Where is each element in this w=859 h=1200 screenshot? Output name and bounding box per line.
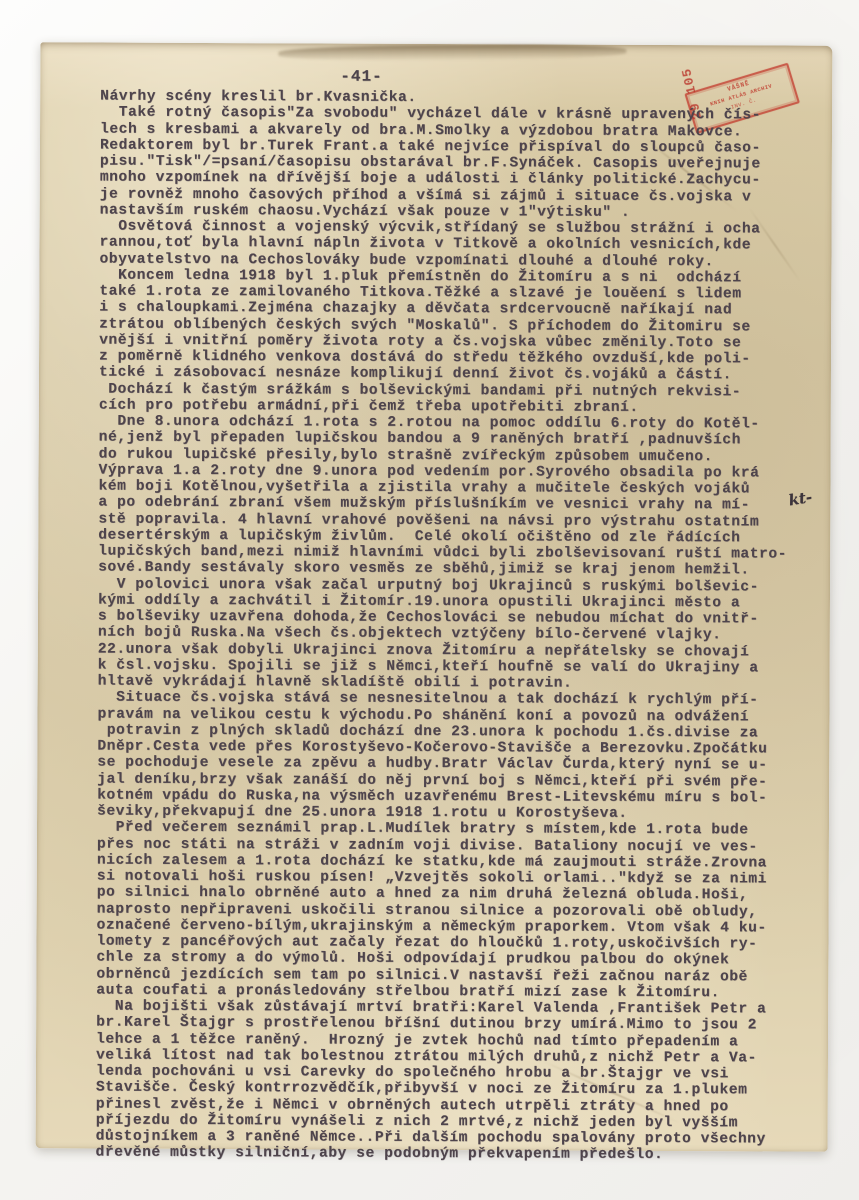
page-number: -41- (340, 68, 382, 86)
typewritten-body-text: Návrhy scény kreslil br.Kvasnička. Také … (96, 89, 827, 1165)
document-page: -41- VÁŠNĚ KNIH ATLÁS ARCHIV INV. Č. 29 … (36, 42, 833, 1151)
top-fold-shadow (278, 44, 626, 62)
